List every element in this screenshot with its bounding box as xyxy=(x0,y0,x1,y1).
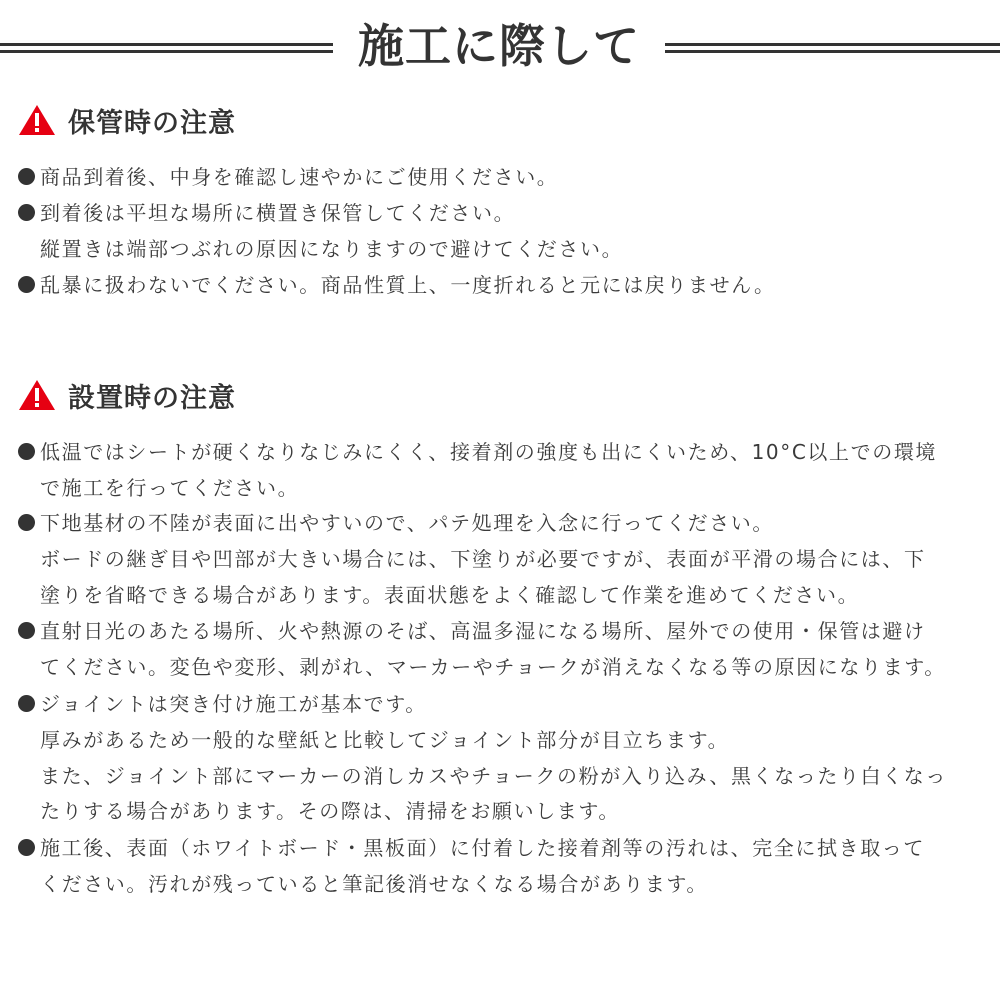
list-item-continuation: てください。変色や変形、剥がれ、マーカーやチョークが消えなくなる等の原因になりま… xyxy=(40,649,946,685)
list-item-continuation: 縦置きは端部つぶれの原因になりますので避けてください。 xyxy=(40,231,623,267)
list-item: 低温ではシートが硬くなりなじみにくく、接着剤の強度も出にくいため、10°C以上で… xyxy=(18,434,937,470)
list-item: 直射日光のあたる場所、火や熱源のそば、高温多湿になる場所、屋外での使用・保管は避… xyxy=(18,613,926,649)
page-header: 施工に際して xyxy=(0,14,1000,78)
header-double-rule-right xyxy=(665,43,1000,53)
bullet-icon xyxy=(18,695,35,712)
list-item: 下地基材の不陸が表面に出やすいので、パテ処理を入念に行ってください。 xyxy=(18,505,774,541)
header-double-rule-left xyxy=(0,43,333,53)
section-title: 設置時の注意 xyxy=(68,376,236,415)
list-item: 施工後、表面（ホワイトボード・黒板面）に付着した接着剤等の汚れは、完全に拭き取っ… xyxy=(18,830,925,866)
section-heading-storage: 保管時の注意 xyxy=(18,100,236,140)
bullet-icon xyxy=(18,204,35,221)
bullet-icon xyxy=(18,622,35,639)
list-item: 商品到着後、中身を確認し速やかにご使用ください。 xyxy=(18,159,558,195)
list-item: 到着後は平坦な場所に横置き保管してください。 xyxy=(18,195,515,231)
warning-icon xyxy=(18,104,56,136)
list-item-continuation: たりする場合があります。その際は、清掃をお願いします。 xyxy=(40,793,620,829)
list-item-continuation: で施工を行ってください。 xyxy=(40,470,299,506)
page-title: 施工に際して xyxy=(333,14,665,78)
section-title: 保管時の注意 xyxy=(68,101,236,140)
bullet-icon xyxy=(18,276,35,293)
list-item-continuation: また、ジョイント部にマーカーの消しカスやチョークの粉が入り込み、黒くなったり白く… xyxy=(40,758,947,794)
list-item-continuation: 厚みがあるため一般的な壁紙と比較してジョイント部分が目立ちます。 xyxy=(40,722,729,758)
bullet-icon xyxy=(18,514,35,531)
list-item-continuation: ボードの継ぎ目や凹部が大きい場合には、下塗りが必要ですが、表面が平滑の場合には、… xyxy=(40,541,926,577)
list-item: 乱暴に扱わないでください。商品性質上、一度折れると元には戻りません。 xyxy=(18,267,776,303)
section-heading-installation: 設置時の注意 xyxy=(18,375,236,415)
list-item-continuation: 塗りを省略できる場合があります。表面状態をよく確認して作業を進めてください。 xyxy=(40,577,859,613)
list-item: ジョイントは突き付け施工が基本です。 xyxy=(18,686,427,722)
bullet-icon xyxy=(18,839,35,856)
list-item-continuation: ください。汚れが残っていると筆記後消せなくなる場合があります。 xyxy=(40,866,708,902)
bullet-icon xyxy=(18,443,35,460)
bullet-icon xyxy=(18,168,35,185)
warning-icon xyxy=(18,379,56,411)
